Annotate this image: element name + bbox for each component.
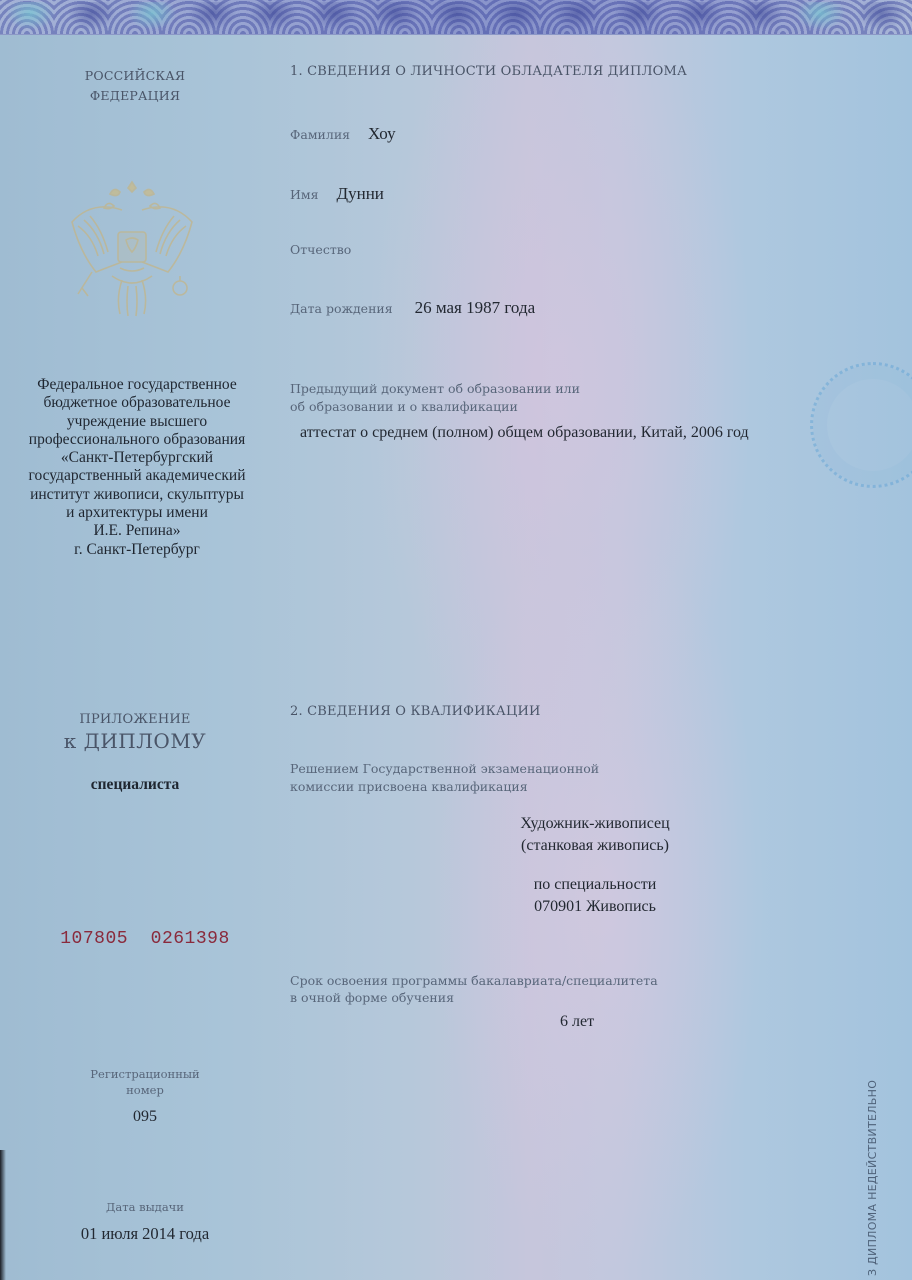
institution-line: «Санкт-Петербургский [2,449,272,467]
issue-date-label: Дата выдачи [30,1200,260,1214]
specialty-line-2: 070901 Живопись [500,896,690,918]
institution-line: государственный академический [2,467,272,485]
institution-line: Федеральное государственное [2,376,272,394]
appendix-line-2: к ДИПЛОМУ [40,729,230,753]
registration-number: 095 [60,1108,230,1126]
patronymic-field: Отчество [290,242,369,257]
previous-document-label-line-1: Предыдущий документ об образовании или [290,380,670,398]
page-edge-shadow [0,1150,6,1280]
ornamental-guilloche-band [0,0,912,35]
surname-field: Фамилия Хоу [290,124,396,144]
birth-date-label: Дата рождения [290,301,393,316]
issue-date-block: Дата выдачи 01 июля 2014 года [30,1200,260,1244]
previous-document-label: Предыдущий документ об образовании или о… [290,380,670,416]
registration-number-block: Регистрационный номер 095 [60,1066,230,1126]
russian-double-headed-eagle-emblem-icon [62,176,202,324]
name-field: Имя Дунни [290,184,384,204]
commission-line-1: Решением Государственной экзаменационной [290,760,690,778]
institution-line: и архитектуры имени [2,504,272,522]
issue-date: 01 июля 2014 года [30,1224,260,1244]
duration-label-line-2: в очной форме обучения [290,989,710,1006]
qualification-line-1: Художник-живописец [500,813,690,835]
institution-line: учреждение высшего [2,413,272,431]
surname-label: Фамилия [290,127,350,142]
specialty-value: по специальности 070901 Живопись [500,874,690,918]
commission-decision-label: Решением Государственной экзаменационной… [290,760,690,796]
study-duration-value: 6 лет [560,1013,594,1031]
registration-label-line-2: номер [60,1082,230,1098]
faint-stamp-impression [810,362,912,488]
qualification-value: Художник-живописец (станковая живопись) [500,813,690,857]
institution-line: И.Е. Репина» [2,522,272,540]
section-1-title: 1. СВЕДЕНИЯ О ЛИЧНОСТИ ОБЛАДАТЕЛЯ ДИПЛОМ… [290,64,687,79]
institution-line: профессионального образования [2,431,272,449]
serial-number: 107805 0261398 [60,929,230,949]
country-line-1: РОССИЙСКАЯ [60,66,210,86]
duration-label-line-1: Срок освоения программы бакалавриата/спе… [290,972,710,989]
vertical-validity-note: З ДИПЛОМА НЕДЕЙСТВИТЕЛЬНО [866,1080,879,1276]
name-label: Имя [290,187,319,202]
appendix-heading: ПРИЛОЖЕНИЕ к ДИПЛОМУ [40,712,230,753]
birth-date-field: Дата рождения 26 мая 1987 года [290,298,535,318]
country-line-2: ФЕДЕРАЦИЯ [60,86,210,106]
institution-line: институт живописи, скульптуры [2,486,272,504]
previous-document-label-line-2: об образовании и о квалификации [290,398,670,416]
birth-date-value: 26 мая 1987 года [415,298,536,318]
appendix-line-1: ПРИЛОЖЕНИЕ [40,712,230,727]
surname-value: Хоу [368,124,396,144]
patronymic-label: Отчество [290,242,351,257]
institution-line: бюджетное образовательное [2,394,272,412]
study-duration-label: Срок освоения программы бакалавриата/спе… [290,972,710,1006]
specialty-line-1: по специальности [500,874,690,896]
commission-line-2: комиссии присвоена квалификация [290,778,690,796]
institution-city: г. Санкт-Петербург [2,541,272,559]
country-heading: РОССИЙСКАЯ ФЕДЕРАЦИЯ [60,66,210,106]
section-2-title: 2. СВЕДЕНИЯ О КВАЛИФИКАЦИИ [290,704,541,719]
registration-label-line-1: Регистрационный [60,1066,230,1082]
previous-document-value: аттестат о среднем (полном) общем образо… [300,424,749,442]
name-value: Дунни [337,184,384,204]
institution-name: Федеральное государственное бюджетное об… [2,376,272,559]
degree-level: специалиста [40,776,230,794]
qualification-line-2: (станковая живопись) [500,835,690,857]
